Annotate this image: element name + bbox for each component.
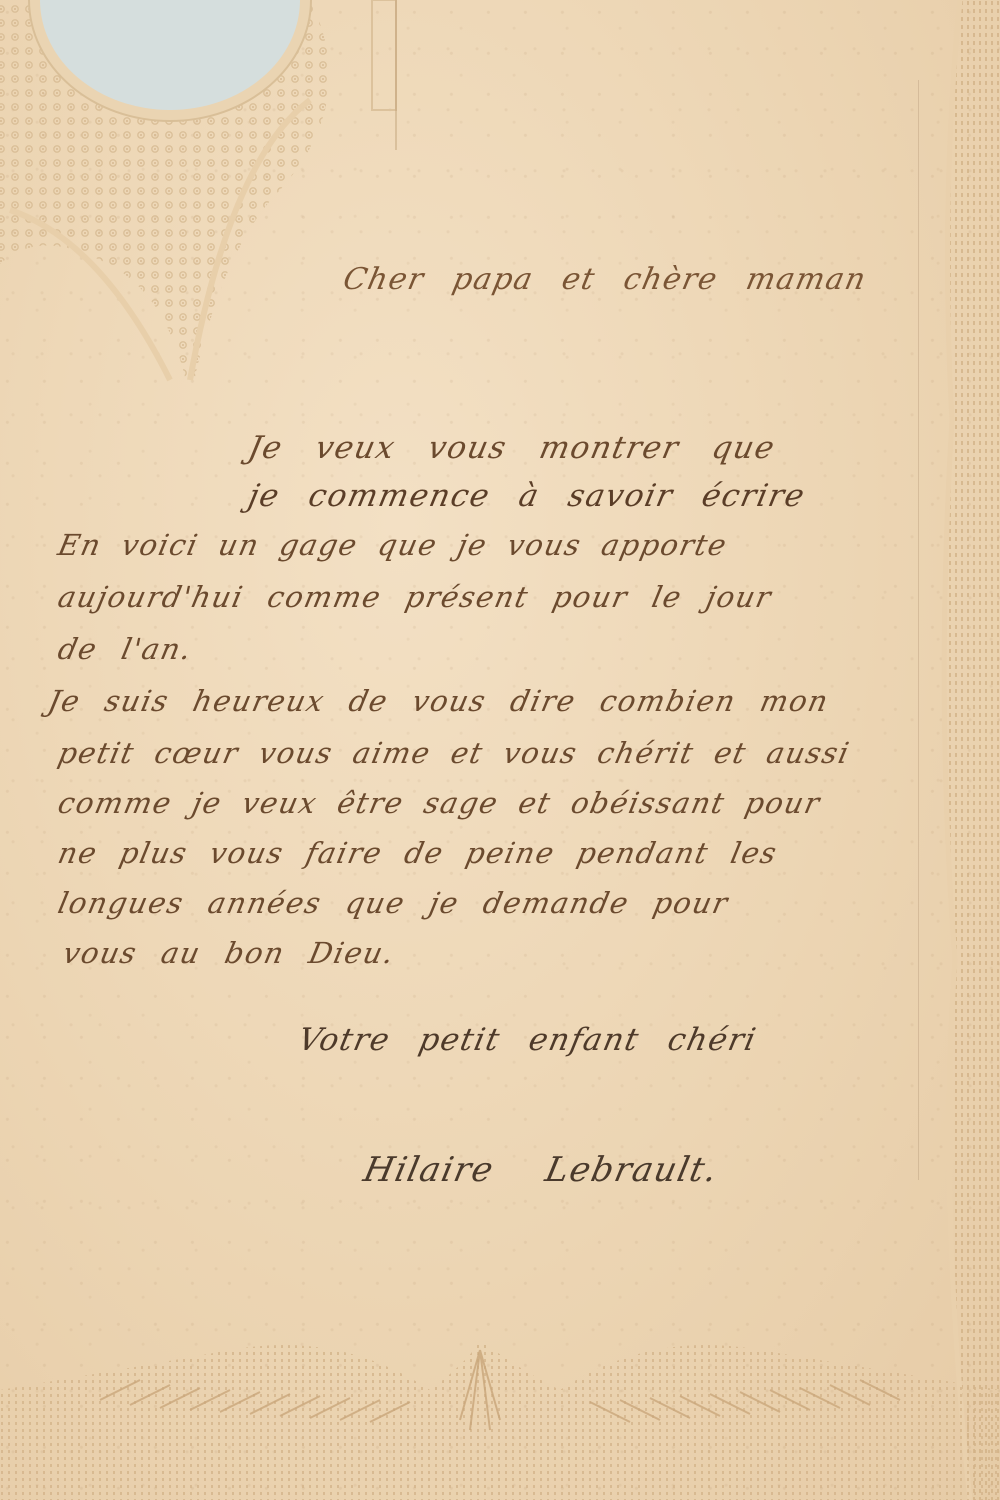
letter-line: Je suis heureux de vous dire combien mon — [45, 684, 832, 718]
letter-salutation: Cher papa et chère maman — [340, 262, 870, 297]
letter-line: longues années que je demande pour — [55, 886, 732, 920]
margin-rule — [918, 80, 919, 1180]
letter-page: Cher papa et chère maman Je veux vous mo… — [0, 0, 1000, 1500]
letter-closing: Votre petit enfant chéri — [295, 1022, 760, 1058]
letter-line: petit cœur vous aime et vous chérit et a… — [55, 736, 853, 770]
letter-line: je commence à savoir écrire — [245, 478, 809, 514]
letter-line: En voici un gage que je vous apporte — [55, 528, 731, 562]
letter-signature: Hilaire Lebrault. — [360, 1150, 722, 1190]
letter-line: vous au bon Dieu. — [60, 936, 398, 970]
embossed-lace-right-icon — [930, 0, 1000, 1500]
letter-line: comme je veux être sage et obéissant pou… — [55, 786, 824, 820]
letter-line: aujourd'hui comme présent pour le jour — [55, 580, 775, 614]
letter-line: Je veux vous montrer que — [245, 430, 779, 466]
embossed-line — [395, 0, 397, 150]
letter-line: ne plus vous faire de peine pendant les — [55, 836, 781, 870]
embossed-lace-bottom-icon — [0, 1330, 1000, 1500]
letter-line: de l'an. — [55, 632, 196, 666]
